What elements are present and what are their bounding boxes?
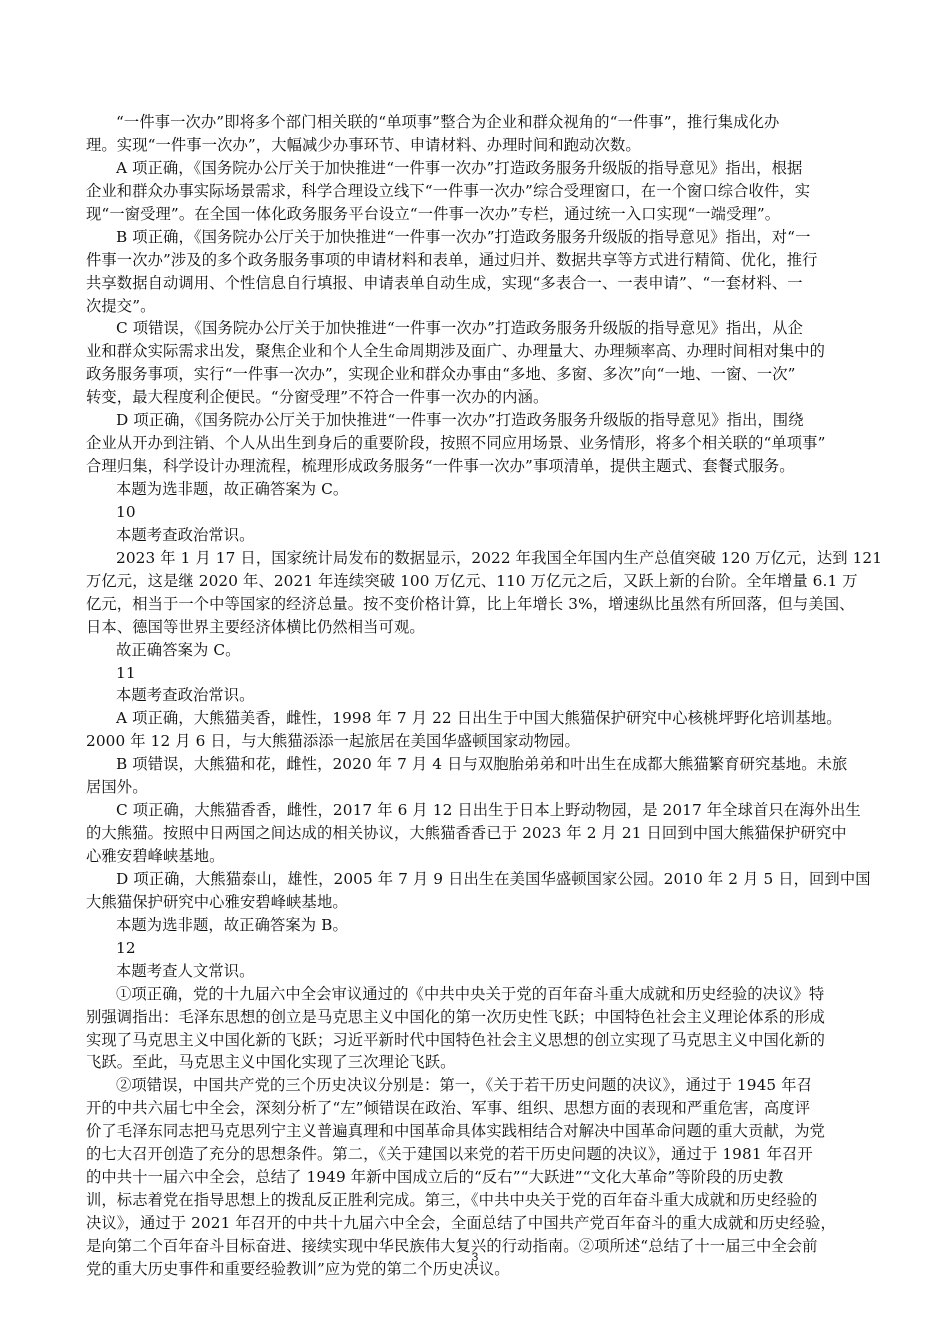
text-line: 业和群众实际需求出发，聚焦企业和个人全生命周期涉及面广、办理量大、办理频率高、办… bbox=[86, 340, 876, 363]
text-line: 大熊猫保护研究中心雅安碧峰峡基地。 bbox=[86, 891, 876, 914]
text-line: 现“一窗受理”。在全国一体化政务服务平台设立“一件事一次办”专栏，通过统一入口实… bbox=[86, 203, 876, 226]
text-line: 的大熊猫。按照中日两国之间达成的相关协议，大熊猫香香已于 2023 年 2 月 … bbox=[86, 822, 876, 845]
text-line: 本题考查政治常识。 bbox=[86, 684, 876, 707]
text-line: 本题考查人文常识。 bbox=[86, 960, 876, 983]
text-line: 本题为选非题，故正确答案为 B。 bbox=[86, 914, 876, 937]
text-line: 决议》，通过于 2021 年召开的中共十九届六中全会，全面总结了中国共产党百年奋… bbox=[86, 1212, 876, 1235]
text-line: 次提交”。 bbox=[86, 295, 876, 318]
text-line: 训，标志着党在指导思想上的拨乱反正胜利完成。第三，《中共中央关于党的百年奋斗重大… bbox=[86, 1189, 876, 1212]
text-line: A 项正确，大熊猫美香，雌性，1998 年 7 月 22 日出生于中国大熊猫保护… bbox=[86, 707, 876, 730]
text-line: ①项正确，党的十九届六中全会审议通过的《中共中央关于党的百年奋斗重大成就和历史经… bbox=[86, 983, 876, 1006]
text-line: 价了毛泽东同志把马克思列宁主义普遍真理和中国革命具体实践相结合对解决中国革命问题… bbox=[86, 1120, 876, 1143]
text-line: 居国外。 bbox=[86, 776, 876, 799]
text-line: 本题为选非题，故正确答案为 C。 bbox=[86, 478, 876, 501]
text-line: 日本、德国等世界主要经济体横比仍然相当可观。 bbox=[86, 616, 876, 639]
text-line: C 项错误，《国务院办公厅关于加快推进“一件事一次办”打造政务服务升级版的指导意… bbox=[86, 317, 876, 340]
text-line: 本题考查政治常识。 bbox=[86, 524, 876, 547]
text-line: 亿元，相当于一个中等国家的经济总量。按不变价格计算，比上年增长 3%，增速纵比虽… bbox=[86, 593, 876, 616]
text-line: 的中共十一届六中全会，总结了 1949 年新中国成立后的“反右”“大跃进”“文化… bbox=[86, 1166, 876, 1189]
text-line: 别强调指出：毛泽东思想的创立是马克思主义中国化的第一次历史性飞跃；中国特色社会主… bbox=[86, 1006, 876, 1029]
text-line: A 项正确，《国务院办公厅关于加快推进“一件事一次办”打造政务服务升级版的指导意… bbox=[86, 157, 876, 180]
text-line: 共享数据自动调用、个性信息自行填报、申请表单自动生成，实现“多表合一、一表申请”… bbox=[86, 272, 876, 295]
document-body: “一件事一次办”即将多个部门相关联的“单项事”整合为企业和群众视角的“一件事”，… bbox=[86, 111, 876, 1281]
text-line: 的七大召开创造了充分的思想条件。第二，《关于建国以来党的若干历史问题的决议》，通… bbox=[86, 1143, 876, 1166]
text-line: 2023 年 1 月 17 日，国家统计局发布的数据显示，2022 年我国全年国… bbox=[86, 547, 876, 570]
text-line: 11 bbox=[86, 662, 876, 685]
text-line: 10 bbox=[86, 501, 876, 524]
text-line: 心雅安碧峰峡基地。 bbox=[86, 845, 876, 868]
text-line: 政务服务事项，实行“一件事一次办”，实现企业和群众办事由“多地、多窗、多次”向“… bbox=[86, 363, 876, 386]
text-line: D 项正确，《国务院办公厅关于加快推进“一件事一次办”打造政务服务升级版的指导意… bbox=[86, 409, 876, 432]
text-line: C 项正确，大熊猫香香，雌性，2017 年 6 月 12 日出生于日本上野动物园… bbox=[86, 799, 876, 822]
text-line: 故正确答案为 C。 bbox=[86, 639, 876, 662]
text-line: D 项正确，大熊猫泰山，雄性，2005 年 7 月 9 日出生在美国华盛顿国家公… bbox=[86, 868, 876, 891]
text-line: “一件事一次办”即将多个部门相关联的“单项事”整合为企业和群众视角的“一件事”，… bbox=[86, 111, 876, 134]
text-line: 理。实现“一件事一次办”，大幅减少办事环节、申请材料、办理时间和跑动次数。 bbox=[86, 134, 876, 157]
text-line: B 项错误，大熊猫和花，雌性，2020 年 7 月 4 日与双胞胎弟弟和叶出生在… bbox=[86, 753, 876, 776]
text-line: 开的中共六届七中全会，深刻分析了“左”倾错误在政治、军事、组织、思想方面的表现和… bbox=[86, 1097, 876, 1120]
text-line: 件事一次办”涉及的多个政务服务事项的申请材料和表单，通过归并、数据共享等方式进行… bbox=[86, 249, 876, 272]
text-line: 合理归集，科学设计办理流程，梳理形成政务服务“一件事一次办”事项清单，提供主题式… bbox=[86, 455, 876, 478]
text-line: ②项错误，中国共产党的三个历史决议分别是：第一，《关于若干历史问题的决议》，通过… bbox=[86, 1074, 876, 1097]
text-line: 企业从开办到注销、个人从出生到身后的重要阶段，按照不同应用场景、业务情形，将多个… bbox=[86, 432, 876, 455]
text-line: 转变，最大程度利企便民。“分窗受理”不符合一件事一次办的内涵。 bbox=[86, 386, 876, 409]
text-line: B 项正确，《国务院办公厅关于加快推进“一件事一次办”打造政务服务升级版的指导意… bbox=[86, 226, 876, 249]
page-number: 3 bbox=[0, 1250, 950, 1264]
text-line: 2000 年 12 月 6 日，与大熊猫添添一起旅居在美国华盛顿国家动物园。 bbox=[86, 730, 876, 753]
text-line: 万亿元，这是继 2020 年、2021 年连续突破 100 万亿元、110 万亿… bbox=[86, 570, 876, 593]
text-line: 飞跃。至此，马克思主义中国化实现了三次理论飞跃。 bbox=[86, 1051, 876, 1074]
text-line: 企业和群众办事实际场景需求，科学合理设立线下“一件事一次办”综合受理窗口，在一个… bbox=[86, 180, 876, 203]
text-line: 实现了马克思主义中国化新的飞跃；习近平新时代中国特色社会主义思想的创立实现了马克… bbox=[86, 1029, 876, 1052]
text-line: 12 bbox=[86, 937, 876, 960]
